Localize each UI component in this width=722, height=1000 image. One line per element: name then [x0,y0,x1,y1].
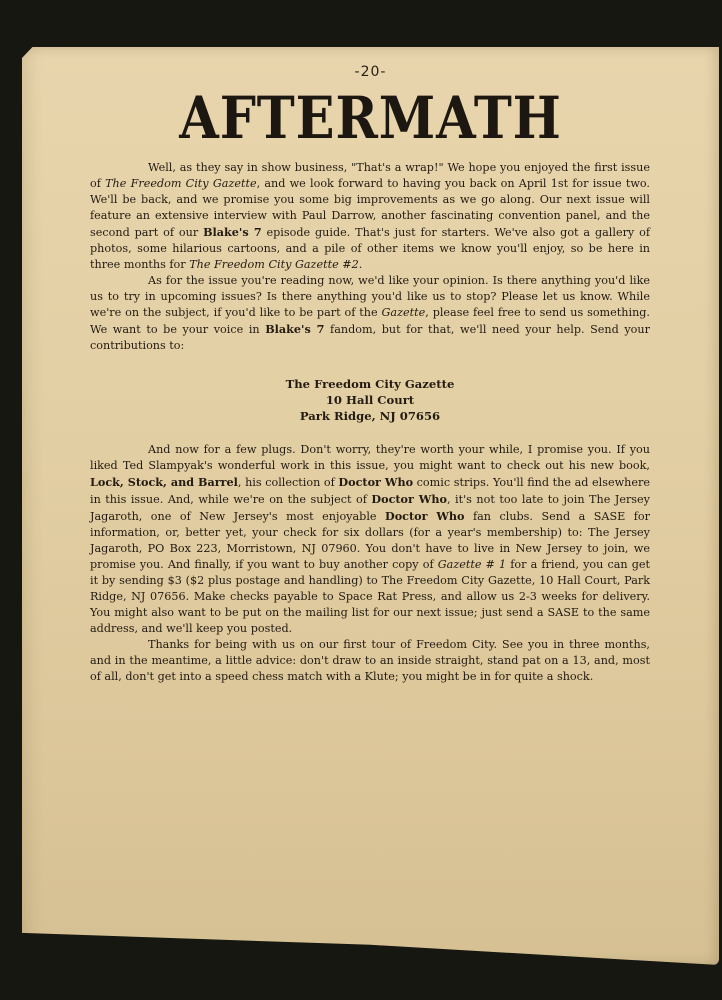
book-title: Lock, Stock, and Barrel [90,475,238,489]
address-line-1: The Freedom City Gazette [90,376,650,392]
show-title: Doctor Who [371,492,447,506]
mailing-address: The Freedom City Gazette 10 Hall Court P… [90,376,650,424]
text: And now for a few plugs. Don't worry, th… [90,443,650,472]
publication-title: The Freedom City Gazette [105,177,256,190]
text: . [359,258,363,271]
show-title: Doctor Who [338,475,413,489]
page-title: AFTERMATH [64,83,677,153]
address-line-2: 10 Hall Court [90,392,650,408]
text: , his collection of [238,476,339,489]
paragraph-intro: Well, as they say in show business, "Tha… [90,160,650,273]
page-number: -20- [22,64,719,80]
address-line-3: Park Ridge, NJ 07656 [90,408,650,424]
article-body: Well, as they say in show business, "Tha… [90,160,650,685]
publication-title: Gazette [382,306,426,319]
show-title: Blake's 7 [265,322,324,336]
text: Thanks for being with us on our first to… [90,638,650,683]
paragraph-feedback: As for the issue you're reading now, we'… [90,273,650,354]
magazine-page: -20- AFTERMATH Well, as they say in show… [22,47,719,965]
paragraph-closing: Thanks for being with us on our first to… [90,637,650,685]
publication-title: The Freedom City Gazette #2 [189,258,359,271]
show-title: Blake's 7 [203,225,262,239]
publication-title: Gazette # 1 [438,558,506,571]
paragraph-plugs: And now for a few plugs. Don't worry, th… [90,442,650,637]
show-title: Doctor Who [385,509,464,523]
